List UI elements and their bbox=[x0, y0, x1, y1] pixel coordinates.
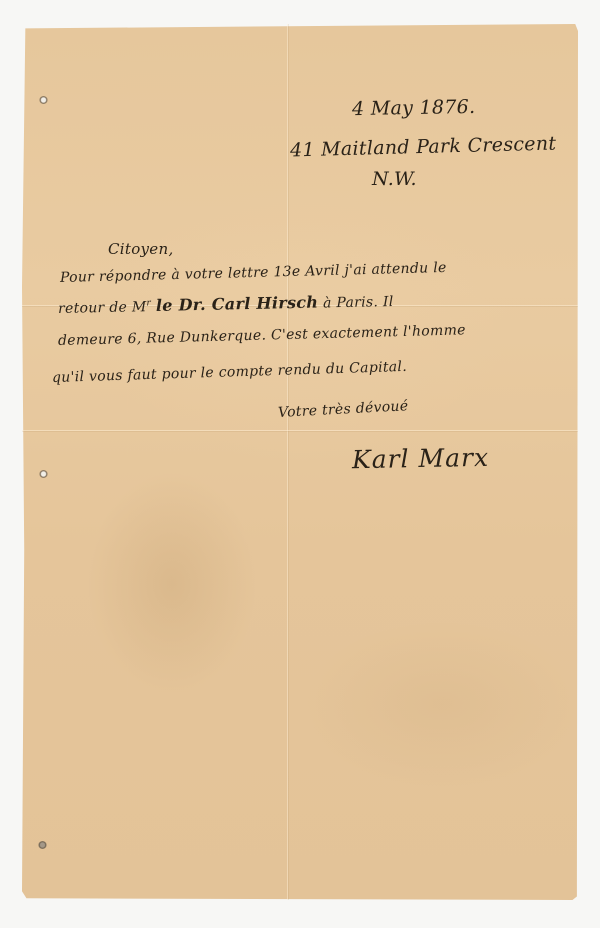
signature: Karl Marx bbox=[352, 443, 490, 474]
punch-hole-icon bbox=[38, 841, 47, 849]
body-line-2-end: à Paris. Il bbox=[323, 294, 394, 311]
document-scan: 4 May 1876. 41 Maitland Park Crescent N.… bbox=[0, 0, 600, 928]
horizontal-fold-line bbox=[22, 430, 578, 431]
salutation: Citoyen, bbox=[108, 240, 174, 258]
punch-hole-icon bbox=[39, 96, 48, 104]
postal-district: N.W. bbox=[372, 168, 417, 190]
recipient-name: le Dr. Carl Hirsch bbox=[156, 293, 319, 315]
vertical-fold-line bbox=[287, 24, 288, 900]
body-line-2-start: retour de M bbox=[58, 299, 147, 317]
letter-date: 4 May 1876. bbox=[352, 96, 476, 120]
punch-hole-icon bbox=[39, 470, 48, 478]
